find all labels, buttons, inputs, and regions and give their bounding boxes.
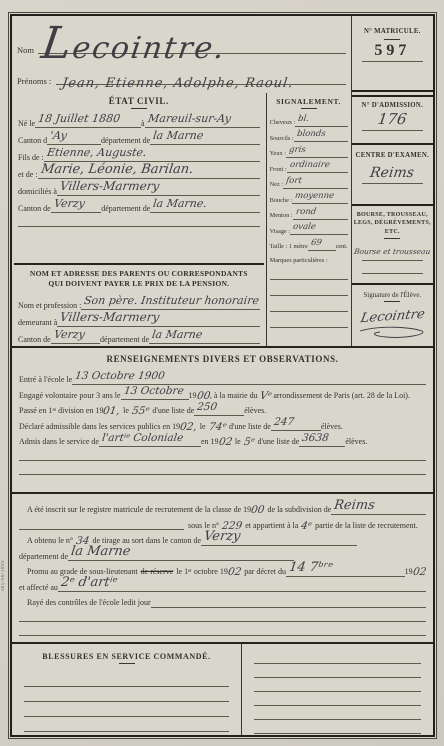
father-value: Etienne, Auguste. — [46, 149, 147, 158]
ruled-line — [362, 273, 423, 274]
dept2-rule: la Marne. — [150, 194, 259, 213]
admis-year: 02 — [218, 438, 233, 446]
parents-title-1: NOM ET ADRESSE DES PARENTS OU CORRESPOND… — [14, 269, 264, 279]
tirage-canton: Verzy — [203, 532, 241, 542]
decret-date: 14 7ᵇʳᵉ — [288, 563, 333, 573]
ruled-line — [24, 732, 229, 737]
bourse-box: BOURSE, TROUSSEAU, LEGS, DÉGRÈVEMENTS, E… — [352, 206, 433, 285]
ruled-line — [362, 183, 423, 184]
admis-line: Admis dans le service de l'artⁱᵉ Colonia… — [17, 431, 428, 447]
canton1-label: Canton d — [18, 136, 47, 145]
scanned-registration-form: 365-06-1899 Nom Lecointre. Prénoms : Jea… — [0, 0, 444, 746]
division-rank: 55ᵉ — [131, 407, 150, 415]
admis-label: Admis dans le service de — [19, 437, 99, 446]
ruled-line — [254, 678, 421, 692]
surname-value: Lecointre. — [40, 26, 229, 61]
engagement-date: 13 Octobre — [123, 387, 184, 395]
trait-value: gris — [288, 147, 306, 154]
trait-label: Visage : — [270, 228, 290, 235]
ruled-line — [19, 608, 426, 622]
parents-canton-rule: Verzy — [51, 325, 100, 344]
signalement-block: SIGNALEMENT. Cheveux :bl. Sourcils :blon… — [266, 93, 351, 346]
birth-place-value: Mareuil-sur-Ay — [147, 115, 231, 124]
section-recrutement: A été inscrit sur le registre matricule … — [12, 492, 433, 642]
tirage-label: A obtenu le n° — [27, 536, 73, 545]
printed-19: 19 — [405, 567, 413, 576]
form-frame: Nom Lecointre. Prénoms : Jean, Etienne, … — [8, 12, 437, 739]
engagement-date-rule: 13 Octobre — [121, 381, 189, 400]
ruled-line — [270, 280, 348, 296]
parents-canton-value: Verzy — [53, 331, 85, 340]
entry-rule: 13 Octobre 1900 — [72, 366, 426, 385]
ruled-line — [19, 461, 426, 475]
dept2-label: département de — [101, 204, 150, 213]
ruled-line — [19, 529, 184, 530]
ruled-line — [24, 687, 229, 702]
ruled-line — [24, 702, 229, 717]
division-line: Passé en 1ʳᵉ division en 19 01, le 55ᵉ d… — [17, 400, 428, 416]
height-rule: 69 — [308, 232, 336, 251]
height-value: 69 — [310, 240, 322, 247]
admin-column: N° MATRICULE. 597 N° D'ADMISSION. 176 CE… — [351, 16, 433, 346]
ruled-line — [254, 664, 421, 678]
parents-dept-rule: la Marne — [149, 325, 259, 344]
departement-label: département de — [19, 552, 68, 561]
ruled-line — [254, 692, 421, 706]
matricule-box: N° MATRICULE. 597 — [352, 16, 433, 90]
firstnames-label: Prénoms : — [17, 77, 51, 87]
canton2-rule: Verzy — [51, 194, 102, 213]
ruled-line — [254, 720, 421, 734]
admissible-line: Déclaré admissible dans les services pub… — [17, 416, 428, 432]
title-dash — [384, 301, 400, 302]
inscription-place: Reims — [334, 501, 376, 511]
printed-le: le — [235, 437, 241, 446]
trait-value: ordinaire — [289, 162, 330, 169]
entry-line: Entré à l'école le 13 Octobre 1900 — [17, 369, 428, 385]
ruled-line — [254, 650, 421, 664]
domicile-value: Villers-Marmery — [59, 182, 160, 192]
affectation-line: et affecté au 2ᵉ d'artⁱᵉ — [17, 577, 428, 593]
departement-rule: la Marne — [68, 542, 294, 561]
affectation-rule: 2ᵉ d'artⁱᵉ — [58, 573, 174, 592]
inscription-place-rule: Reims — [331, 496, 426, 515]
matricule-label: N° MATRICULE. — [352, 27, 433, 37]
printed-en-19: en 19 — [201, 437, 219, 446]
departement-value: la Marne — [70, 547, 131, 557]
entry-value: 13 Octobre 1900 — [75, 372, 166, 380]
raye-line: Rayé des contrôles de l'école ledit jour — [17, 592, 428, 608]
liste-label: d'une liste de — [257, 437, 299, 446]
signature-value: Lecointre — [359, 310, 425, 325]
ruled-line — [24, 717, 229, 732]
signature-flourish — [356, 325, 428, 341]
blessures-right — [242, 644, 433, 735]
admis-count: 3638 — [302, 434, 330, 442]
trait-label: Cheveux : — [270, 119, 296, 126]
dept2-value: la Marne. — [153, 200, 208, 209]
trait-label: Yeux : — [270, 150, 286, 157]
title-dash — [384, 238, 400, 239]
firstnames-field: Prénoms : Jean, Etienne, Adolphe, Raoul. — [12, 63, 351, 93]
signature-label: Signature de l'Élève. — [352, 291, 433, 299]
numero-line: sous le n° 229 et appartient à la 4ᵉ par… — [17, 515, 428, 531]
admis-rank: 5ᵉ — [243, 438, 255, 446]
printer-mark: 365-06-1899 — [1, 560, 6, 591]
dept1-value: la Marne — [153, 132, 204, 141]
division-label: Passé en 1ʳᵉ division en 19 — [19, 406, 103, 415]
canton2-label: Canton de — [18, 204, 51, 213]
ruled-line — [174, 591, 426, 592]
blessures-left: BLESSURES EN SERVICE COMMANDÉ. — [12, 644, 242, 735]
ruled-line — [19, 447, 426, 461]
ruled-line — [24, 672, 229, 687]
bourse-label-line2: LEGS, DÉGRÈVEMENTS, ETC. — [352, 219, 433, 236]
promotion-mid: le 1ᵉʳ octobre 19 — [176, 567, 228, 576]
marks-label: Marques particulières : — [270, 257, 328, 264]
ruled-line — [270, 312, 348, 328]
ruled-line — [254, 734, 421, 737]
divider — [352, 90, 433, 98]
height-label: Taille : 1 mètre — [270, 243, 308, 250]
matricule-number: 597 — [352, 42, 433, 60]
ruled-line — [362, 130, 423, 131]
trait-value: moyenne — [295, 193, 335, 200]
blank-line — [14, 213, 264, 227]
admission-box: N° D'ADMISSION. 176 — [352, 97, 433, 145]
decret-label: par décret du — [244, 567, 286, 576]
mother-value: Marie, Léonie, Barilan. — [40, 165, 194, 175]
bourse-label-line1: BOURSE, TROUSSEAU, — [352, 211, 433, 219]
parents-dept-label: département de — [100, 335, 149, 344]
height-line: Taille : 1 mètre 69 cent. — [270, 235, 348, 251]
marks-line: Marques particulières : — [270, 251, 348, 265]
ruled-line — [362, 260, 423, 261]
decret-year: 02 — [412, 568, 427, 576]
liste-label: d'une liste de — [152, 406, 194, 415]
profession-value: Son père. Instituteur honoraire — [84, 297, 260, 306]
canton2-line: Canton de Verzy département de la Marne. — [14, 196, 264, 213]
height-unit: cent. — [336, 243, 348, 250]
promotion-year: 02 — [227, 568, 242, 576]
trait-value: rond — [295, 209, 316, 216]
section-identity: Nom Lecointre. Prénoms : Jean, Etienne, … — [12, 16, 433, 346]
ruled-line — [270, 265, 348, 280]
section-blessures: BLESSURES EN SERVICE COMMANDÉ. — [12, 642, 433, 735]
numero-part: 4ᵉ — [301, 522, 313, 530]
title-dash — [384, 39, 400, 40]
trait-value: bl. — [298, 116, 310, 123]
parents-block: NOM ET ADRESSE DES PARENTS OU CORRESPOND… — [14, 263, 264, 347]
admissible-count: 247 — [273, 418, 294, 426]
raye-label: Rayé des contrôles de l'école ledit jour — [27, 598, 151, 607]
parents-canton-label: Canton de — [18, 335, 51, 344]
engagement-label: Engagé volontaire pour 3 ans le — [19, 391, 121, 400]
ruled-line — [19, 622, 426, 636]
canton1-value: 'Ay — [49, 132, 67, 141]
engagement-post: arrondissement de Paris (art. 28 de la L… — [273, 391, 410, 400]
exam-centre-label: CENTRE D'EXAMEN. — [352, 151, 433, 161]
residence-value: Villers-Marmery — [60, 313, 161, 323]
surname-field: Nom Lecointre. — [12, 16, 351, 63]
exam-centre-box: CENTRE D'EXAMEN. Reims — [352, 145, 433, 206]
admissible-rank: 74ᵉ — [208, 423, 227, 431]
birth-date-value: 18 Juillet 1880 — [37, 115, 120, 124]
trait-label: Bouche : — [270, 197, 293, 204]
engagement-year: 00 — [196, 392, 211, 400]
signature-box: Signature de l'Élève. Lecointre — [352, 285, 433, 346]
title-dash — [119, 663, 135, 664]
admission-number: 176 — [377, 113, 407, 125]
admissible-year: 02, — [179, 423, 197, 431]
division-count: 250 — [197, 403, 218, 411]
renseignements-title: RENSEIGNEMENTS DIVERS ET OBSERVATIONS. — [17, 354, 428, 364]
affectation-label: et affecté au — [19, 583, 58, 592]
ruled-line — [151, 607, 426, 608]
trait-value: ovale — [293, 224, 317, 231]
trait-label: Nez : — [270, 181, 283, 188]
entry-label: Entré à l'école le — [19, 375, 72, 384]
inscription-year: 00 — [251, 506, 266, 514]
decret-date-rule: 14 7ᵇʳᵉ — [286, 558, 405, 577]
liste-label: d'une liste de — [229, 422, 271, 431]
division-year: 01, — [103, 407, 121, 415]
exam-centre-value: Reims — [370, 168, 415, 179]
parents-canton-line: Canton de Verzy département de la Marne — [14, 327, 264, 344]
parents-dept-value: la Marne — [152, 331, 203, 340]
eleves-label: élèves. — [345, 437, 367, 446]
birth-label: Né le — [18, 119, 35, 128]
inscription-label: A été inscrit sur le registre matricule … — [27, 505, 251, 514]
admis-service: l'artⁱᵉ Coloniale — [101, 434, 183, 442]
ruled-line — [362, 61, 423, 62]
trait-value: fort — [286, 178, 303, 185]
affectation-value: 2ᵉ d'artⁱᵉ — [60, 578, 118, 588]
etat-civil-title: ÉTAT CIVIL. — [14, 96, 264, 106]
printed-le: le — [123, 406, 129, 415]
inscription-mid: de la subdivision de — [268, 505, 332, 514]
blessures-title: BLESSURES EN SERVICE COMMANDÉ. — [24, 652, 229, 661]
admis-count-rule: 3638 — [299, 428, 345, 447]
signalement-title: SIGNALEMENT. — [270, 97, 348, 106]
ruled-line — [254, 706, 421, 720]
canton2-value: Verzy — [53, 200, 85, 209]
etat-civil-block: ÉTAT CIVIL. Né le 18 Juillet 1880 à Mare… — [12, 93, 266, 346]
ruled-line — [270, 296, 348, 312]
trait-value: blonds — [296, 131, 326, 138]
mother-label: et de : — [18, 170, 38, 179]
firstnames-value: Jean, Etienne, Adolphe, Raoul. — [61, 79, 294, 89]
section-renseignements: RENSEIGNEMENTS DIVERS ET OBSERVATIONS. E… — [12, 346, 433, 492]
parents-title-2: QUI DOIVENT PAYER LE PRIX DE LA PENSION. — [14, 279, 264, 289]
ruled-line — [18, 226, 260, 227]
inscription-line: A été inscrit sur le registre matricule … — [17, 499, 428, 515]
engagement-arrondissement: Vᵉ — [259, 392, 272, 400]
eleves-label: élèves. — [244, 406, 266, 415]
surname-label: Nom — [17, 46, 34, 56]
bourse-value: Bourse et trousseau — [354, 249, 431, 255]
